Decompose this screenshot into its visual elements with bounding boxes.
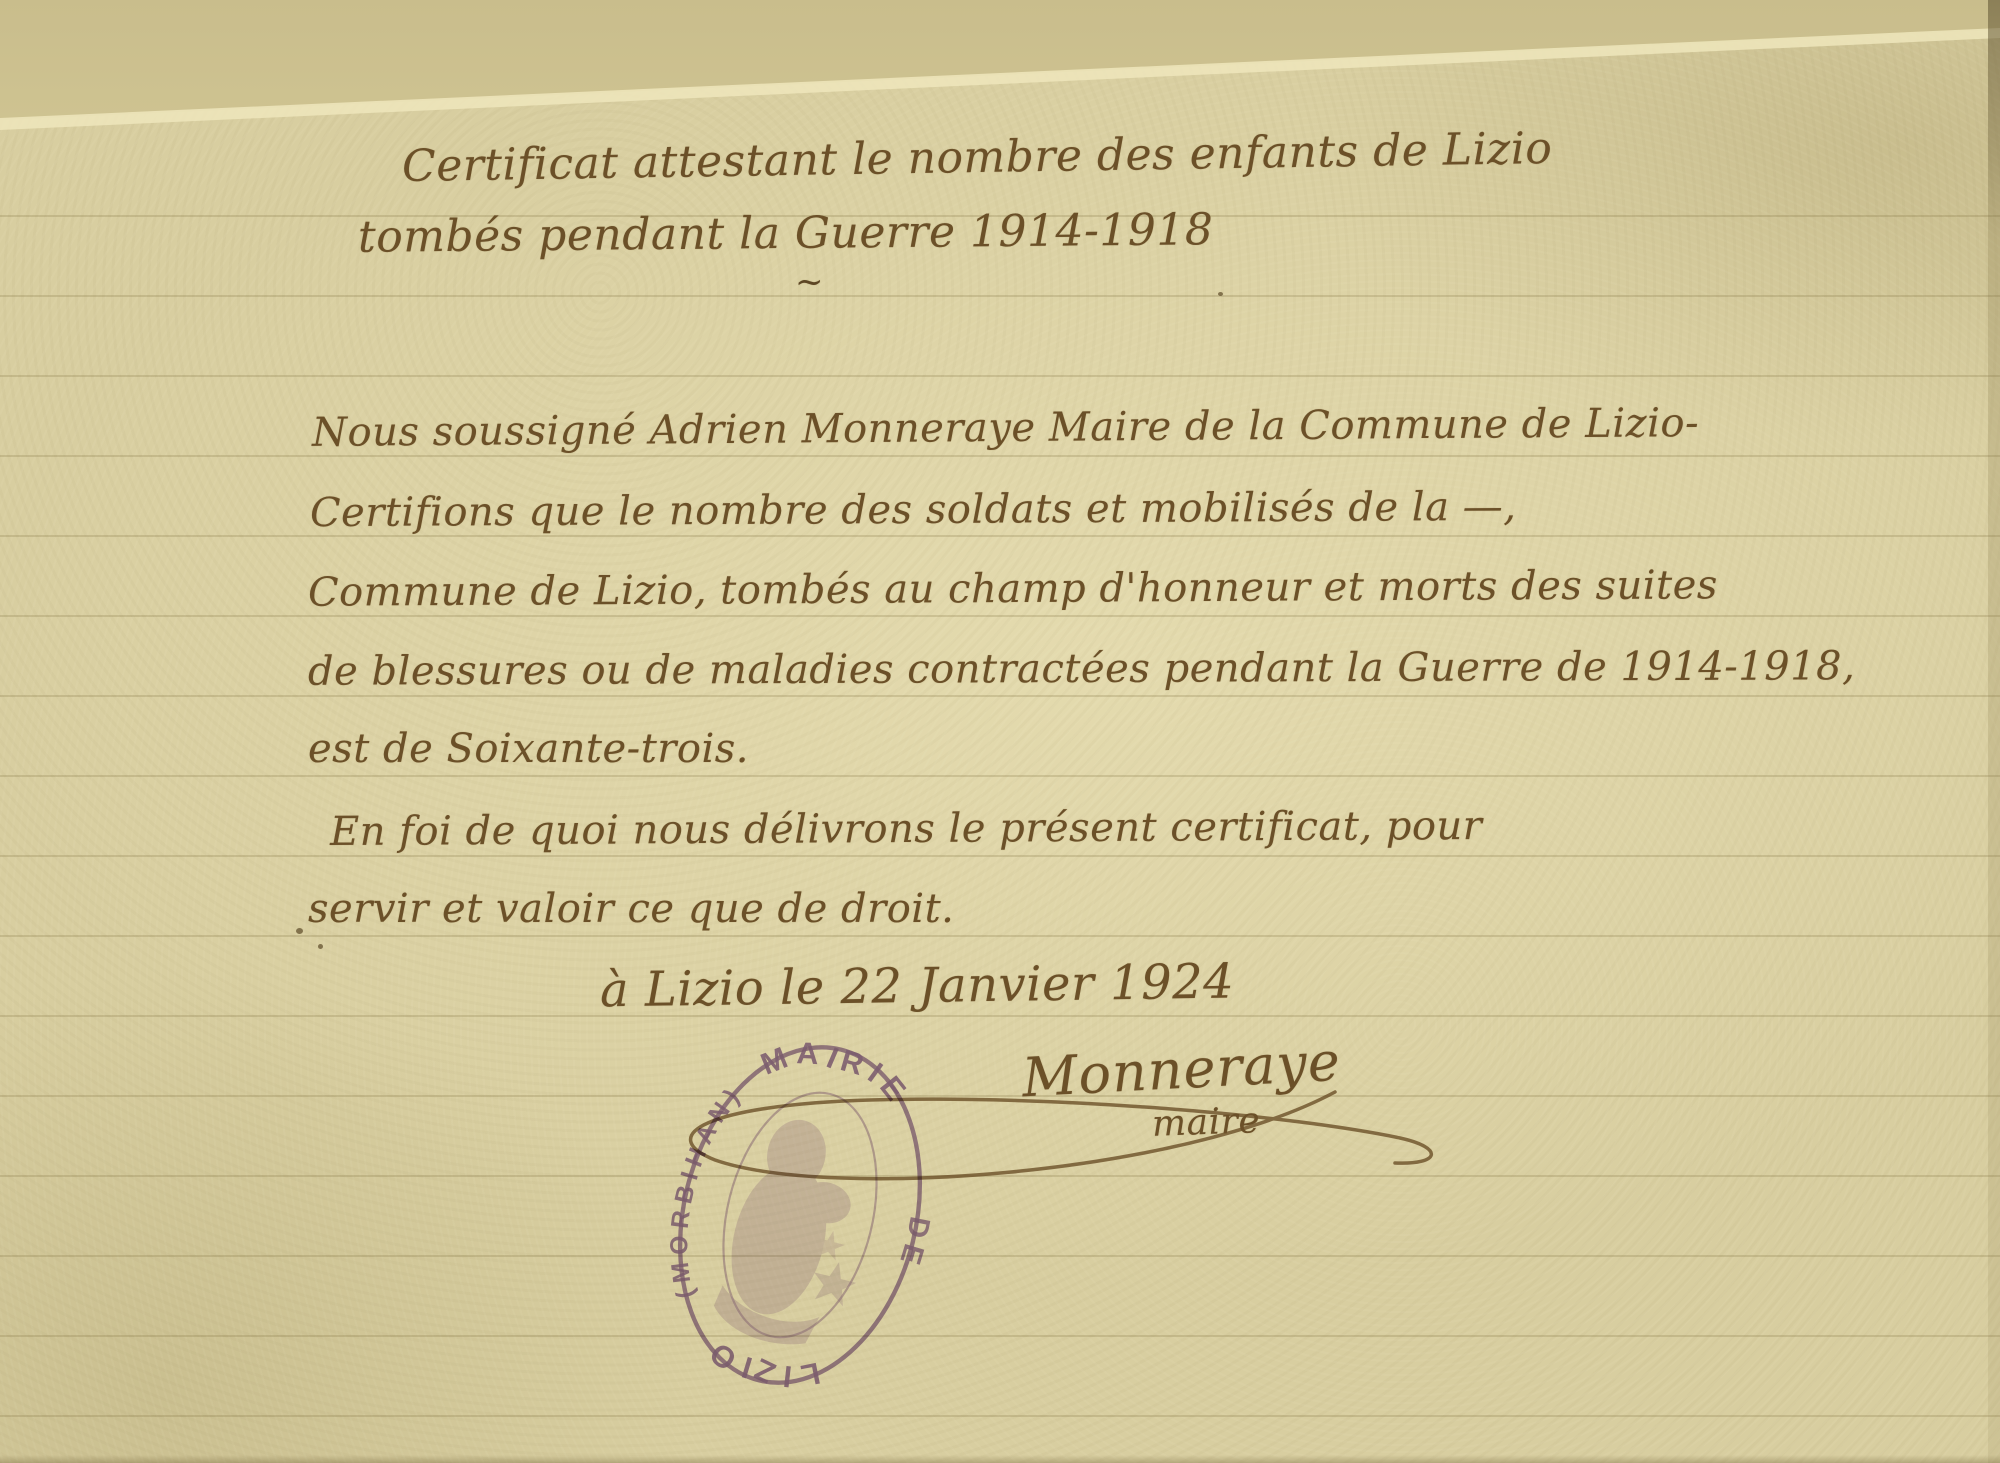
underlying-sheet (0, 0, 2000, 140)
body-line-4: de blessures ou de maladies contractées … (308, 643, 1855, 694)
ink-speck (1218, 292, 1223, 296)
mairie-stamp: MAIRIE DE LIZIO (MORBIHAN) (610, 983, 990, 1447)
paper-bottom-edge-shadow (0, 1455, 2000, 1463)
svg-text:DE: DE (891, 1212, 937, 1274)
svg-text:MAIRIE: MAIRIE (749, 1022, 923, 1117)
date-place-line: à Lizio le 22 Janvier 1924 (600, 954, 1235, 1019)
signature-role: maire (1151, 1100, 1261, 1145)
body-line-1: Nous soussigné Adrien Monneraye Maire de… (312, 400, 1699, 456)
stamp-word-top: MAIRIE (749, 1022, 923, 1117)
ink-speck (296, 928, 303, 934)
body-line-2: Certifions que le nombre des soldats et … (310, 484, 1517, 536)
paper-right-edge-shadow (1988, 0, 2000, 1463)
title-line-1: Certificat attestant le nombre des enfan… (402, 123, 1553, 192)
body-line-7: servir et valoir ce que de droit. (308, 886, 954, 932)
title-line-2: tombés pendant la Guerre 1914-1918 (358, 204, 1214, 262)
stamp-word-right: DE (891, 1212, 937, 1274)
body-line-3: Commune de Lizio, tombés au champ d'honn… (308, 562, 1718, 615)
stamp-center-figure (709, 1110, 892, 1359)
separator-mark: ~ (795, 262, 824, 302)
ink-speck (318, 944, 323, 949)
signature-name: Monneraye (1021, 1030, 1343, 1110)
body-line-5: est de Soixante-trois. (308, 726, 749, 772)
body-line-6: En foi de quoi nous délivrons le présent… (330, 803, 1483, 855)
document-page: Certificat attestant le nombre des enfan… (0, 0, 2000, 1463)
